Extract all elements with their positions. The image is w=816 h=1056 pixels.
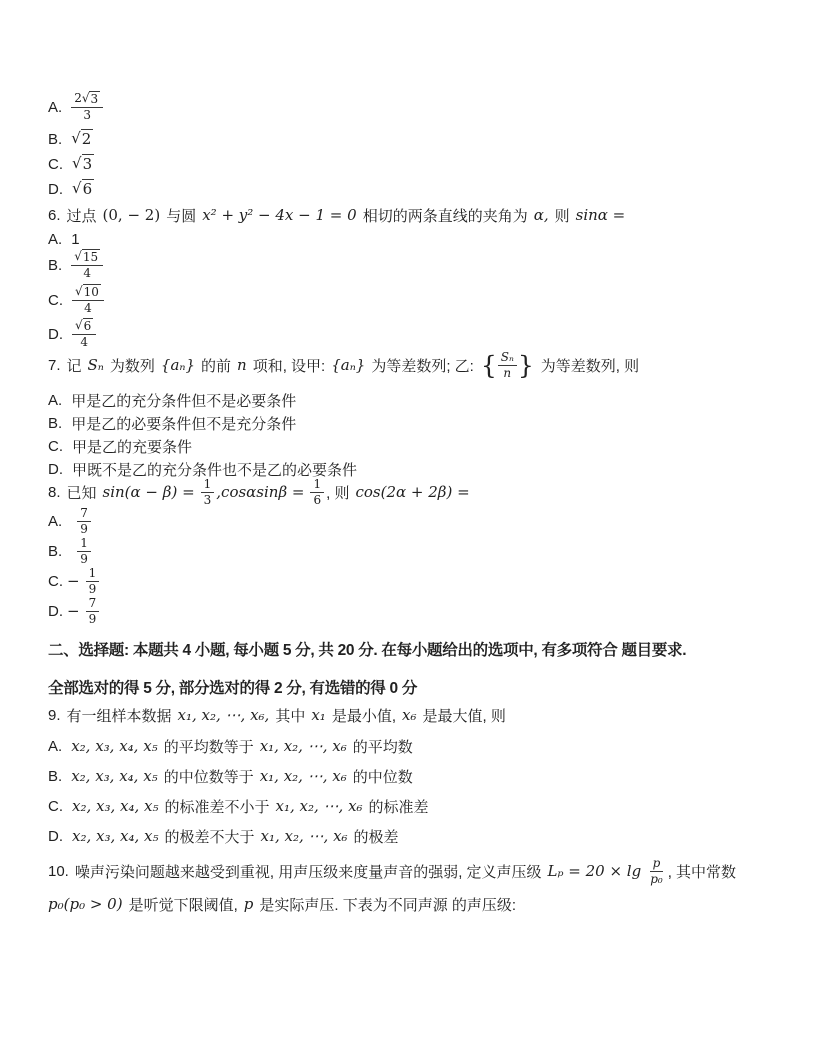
option-label: B. (48, 415, 62, 432)
math-fragment: p (244, 895, 254, 913)
option-8d: D. − 7 9 (48, 596, 786, 626)
cn-text: 的极差 (354, 826, 399, 847)
math-fragment: p₀(p₀ > 0) (48, 895, 123, 913)
radicand: 2 (81, 129, 94, 149)
fraction-numerator: 1 (201, 477, 215, 492)
option-label: D. (48, 461, 63, 478)
math-fragment: Sₙ (88, 356, 104, 374)
fraction: Sₙ n (498, 350, 517, 380)
question-9-stem: 9. 有一组样本数据 x₁, x₂, ⋯, x₆, 其中 x₁ 是最小值, x₆… (48, 703, 786, 727)
radical-icon: √ (75, 318, 83, 333)
question-number: 7. (48, 357, 61, 374)
braced-fraction: { Sₙ n } (480, 350, 535, 380)
math-fragment: x₂, x₃, x₄, x₅ (71, 767, 158, 785)
cn-text: 记 (67, 355, 82, 376)
option-label: D. (48, 828, 63, 845)
radicand: 3 (82, 154, 95, 174)
math-fragment: x₁, x₂, ⋯, x₆ (276, 797, 363, 815)
math-fragment: x₁ (311, 706, 325, 724)
option-label: A. (48, 738, 62, 755)
option-label: C. (48, 292, 63, 309)
option-9a: A. x₂, x₃, x₄, x₅ 的平均数等于 x₁, x₂, ⋯, x₆ 的… (48, 733, 786, 759)
option-5a: A. 2√3 3 (48, 88, 786, 126)
cn-text: 为等差数列, 则 (541, 355, 639, 376)
option-label: C. (48, 798, 63, 815)
math-fragment: cos(2α + 2β) = (355, 483, 469, 501)
fraction-denominator: 9 (86, 582, 100, 596)
radicand: 6 (82, 179, 95, 199)
option-label: D. (48, 326, 63, 343)
cn-text: 噪声污染问题越来越受到重视, 用声压级来度量声音的强弱, 定义声压级 (75, 861, 542, 882)
option-label: A. (48, 231, 62, 248)
cn-text: 项和, 设甲: (253, 355, 326, 376)
radicand: 6 (83, 318, 94, 334)
fraction-denominator: 3 (201, 493, 215, 507)
option-6b: B. √15 4 (48, 247, 786, 283)
fraction-numerator: p (650, 856, 664, 871)
fraction-numerator: 1 (77, 536, 91, 551)
fraction: 7 9 (86, 596, 100, 626)
fraction-denominator: 9 (77, 522, 91, 536)
fraction-denominator: 4 (81, 301, 95, 315)
fraction-denominator: 9 (86, 612, 100, 626)
option-label: C. (48, 573, 63, 590)
option-7c: C. 甲是乙的充要条件 (48, 435, 786, 457)
radicand: 3 (89, 91, 100, 107)
cn-text: 其中 (275, 705, 305, 726)
math-fragment: x₁, x₂, ⋯, x₆ (260, 737, 347, 755)
math-fragment: n (237, 356, 247, 374)
radical-icon: √ (82, 91, 90, 106)
fraction: √15 4 (71, 249, 103, 280)
sign: − (67, 572, 80, 590)
option-label: C. (48, 156, 63, 173)
fraction: 1 9 (86, 566, 100, 596)
question-6-stem: 6. 过点 (0, − 2) 与圆 x² + y² − 4x − 1 = 0 相… (48, 203, 786, 227)
fraction-denominator: n (500, 366, 514, 380)
cn-text: , 则 (326, 482, 349, 503)
option-label: B. (48, 257, 62, 274)
cn-text: 有一组样本数据 (67, 705, 172, 726)
cn-text: 为数列 (110, 355, 155, 376)
math-fragment: x₂, x₃, x₄, x₅ (71, 737, 158, 755)
fraction: 1 3 (201, 477, 215, 507)
option-label: B. (48, 768, 62, 785)
option-text: 甲是乙的充分条件但不是必要条件 (71, 390, 296, 411)
cn-text: 是听觉下限阈值, (129, 894, 238, 915)
option-8c: C. − 1 9 (48, 566, 786, 596)
option-label: A. (48, 513, 62, 530)
radicand: 15 (82, 249, 100, 265)
option-value: 1 (71, 231, 79, 248)
option-9c: C. x₂, x₃, x₄, x₅ 的标准差不小于 x₁, x₂, ⋯, x₆ … (48, 793, 786, 819)
fraction-numerator: 7 (77, 506, 91, 521)
cn-text: 是实际声压. 下表为不同声源 的声压级: (259, 894, 516, 915)
cn-text: 是最大值, 则 (422, 705, 505, 726)
option-9d: D. x₂, x₃, x₄, x₅ 的极差不大于 x₁, x₂, ⋯, x₆ 的… (48, 823, 786, 849)
left-brace: { (481, 353, 497, 378)
option-7b: B. 甲是乙的必要条件但不是充分条件 (48, 412, 786, 434)
option-8b: B. 1 9 (48, 536, 786, 566)
fraction-numerator: 2√3 (71, 91, 103, 108)
fraction-numerator: 7 (86, 596, 100, 611)
cn-text: 则 (555, 205, 570, 226)
cn-text: 相切的两条直线的夹角为 (363, 205, 528, 226)
sqrt: √10 (75, 284, 101, 300)
math-fragment: x₁, x₂, ⋯, x₆ (260, 767, 347, 785)
question-number: 6. (48, 207, 61, 224)
cn-text: 的前 (201, 355, 231, 376)
math-fragment: {aₙ} (161, 356, 195, 374)
math-fragment: x² + y² − 4x − 1 = 0 (202, 206, 356, 224)
question-8-stem: 8. 已知 sin(α − β) = 1 3 ,cosαsinβ = 1 6 ,… (48, 477, 786, 507)
sign: − (67, 602, 80, 620)
math-fragment: (0, − 2) (103, 206, 161, 224)
radical-icon: √ (72, 154, 82, 173)
sqrt: √6 (72, 179, 94, 199)
math-fragment: α, (534, 206, 549, 224)
radical-icon: √ (74, 249, 82, 264)
sqrt: √3 (82, 91, 100, 107)
option-9b: B. x₂, x₃, x₄, x₅ 的中位数等于 x₁, x₂, ⋯, x₆ 的… (48, 763, 786, 789)
option-label: A. (48, 99, 62, 116)
fraction-numerator: √6 (72, 318, 96, 335)
question-10-stem-line-2: p₀(p₀ > 0) 是听觉下限阈值, p 是实际声压. 下表为不同声源 的声压… (48, 892, 786, 916)
option-label: B. (48, 543, 62, 560)
exam-page: A. 2√3 3 B. √2 C. √3 D. √6 6. 过点 (0, − 2… (0, 0, 816, 1056)
sqrt: √3 (72, 154, 94, 174)
fraction-denominator: p₀ (647, 872, 666, 886)
question-7-stem: 7. 记 Sₙ 为数列 {aₙ} 的前 n 项和, 设甲: {aₙ} 为等差数列… (48, 344, 786, 386)
cn-text: 为等差数列; 乙: (371, 355, 474, 376)
math-fragment: sinα = (576, 206, 626, 224)
option-5b: B. √2 (48, 127, 786, 151)
option-8a: A. 7 9 (48, 506, 786, 536)
option-7a: A. 甲是乙的充分条件但不是必要条件 (48, 389, 786, 411)
question-number: 10. (48, 863, 69, 880)
math-fragment: x₁, x₂, ⋯, x₆ (261, 827, 348, 845)
cn-text: 是最小值, (332, 705, 396, 726)
coefficient: 2 (74, 91, 82, 105)
cn-text: 的极差不大于 (165, 826, 255, 847)
sqrt: √15 (74, 249, 100, 265)
cn-text: 的中位数等于 (164, 766, 254, 787)
question-10-stem-line-1: 10. 噪声污染问题越来越受到重视, 用声压级来度量声音的强弱, 定义声压级 L… (48, 852, 786, 890)
question-number: 8. (48, 484, 61, 501)
fraction: 1 9 (77, 536, 91, 566)
math-fragment: ,cosαsinβ = (216, 483, 304, 501)
fraction: 7 9 (77, 506, 91, 536)
fraction-numerator: Sₙ (498, 350, 517, 365)
option-label: A. (48, 392, 62, 409)
option-label: D. (48, 181, 63, 198)
fraction-denominator: 6 (310, 493, 324, 507)
option-label: B. (48, 131, 62, 148)
radical-icon: √ (72, 179, 82, 198)
cn-text: 的平均数等于 (164, 736, 254, 757)
radicand: 10 (83, 284, 101, 300)
math-fragment: x₆ (402, 706, 416, 724)
fraction-denominator: 4 (80, 266, 94, 280)
right-brace: } (518, 353, 534, 378)
fraction: 2√3 3 (71, 91, 103, 122)
radical-icon: √ (71, 129, 81, 148)
cn-text: 的平均数 (353, 736, 413, 757)
question-number: 9. (48, 707, 61, 724)
fraction: √10 4 (72, 284, 104, 315)
math-fragment: x₂, x₃, x₄, x₅ (72, 827, 159, 845)
cn-text: 与圆 (166, 205, 196, 226)
fraction-numerator: √10 (72, 284, 104, 301)
math-fragment: Lₚ = 20 × lg (548, 862, 642, 880)
fraction: p p₀ (647, 856, 666, 886)
sqrt: √6 (75, 318, 93, 334)
cn-text: 的标准差 (369, 796, 429, 817)
fraction-denominator: 9 (77, 552, 91, 566)
option-label: D. (48, 603, 63, 620)
section-2-header-line-1: 二、选择题: 本题共 4 小题, 每小题 5 分, 共 20 分. 在每小题给出… (48, 638, 786, 660)
section-2-header-line-2: 全部选对的得 5 分, 部分选对的得 2 分, 有选错的得 0 分 (48, 676, 786, 698)
fraction-numerator: 1 (310, 477, 324, 492)
cn-text: 已知 (67, 482, 97, 503)
fraction-numerator: √15 (71, 249, 103, 266)
option-5c: C. √3 (48, 152, 786, 176)
fraction-numerator: 1 (86, 566, 100, 581)
fraction: 1 6 (310, 477, 324, 507)
option-label: C. (48, 438, 63, 455)
math-fragment: x₂, x₃, x₄, x₅ (72, 797, 159, 815)
math-fragment: sin(α − β) = (103, 483, 195, 501)
math-fragment: {aₙ} (331, 356, 365, 374)
cn-text: 的中位数 (353, 766, 413, 787)
math-fragment: x₁, x₂, ⋯, x₆, (178, 706, 270, 724)
option-5d: D. √6 (48, 177, 786, 201)
radical-icon: √ (75, 284, 83, 299)
cn-text: 过点 (67, 205, 97, 226)
option-text: 甲是乙的充要条件 (72, 436, 192, 457)
option-6c: C. √10 4 (48, 282, 786, 318)
section-header-text: 全部选对的得 5 分, 部分选对的得 2 分, 有选错的得 0 分 (48, 676, 417, 698)
section-header-text: 二、选择题: 本题共 4 小题, 每小题 5 分, 共 20 分. 在每小题给出… (48, 638, 686, 660)
option-text: 甲是乙的必要条件但不是充分条件 (71, 413, 296, 434)
cn-text: , 其中常数 (668, 861, 736, 882)
sqrt: √2 (71, 129, 93, 149)
cn-text: 的标准差不小于 (165, 796, 270, 817)
fraction-denominator: 3 (80, 108, 94, 122)
